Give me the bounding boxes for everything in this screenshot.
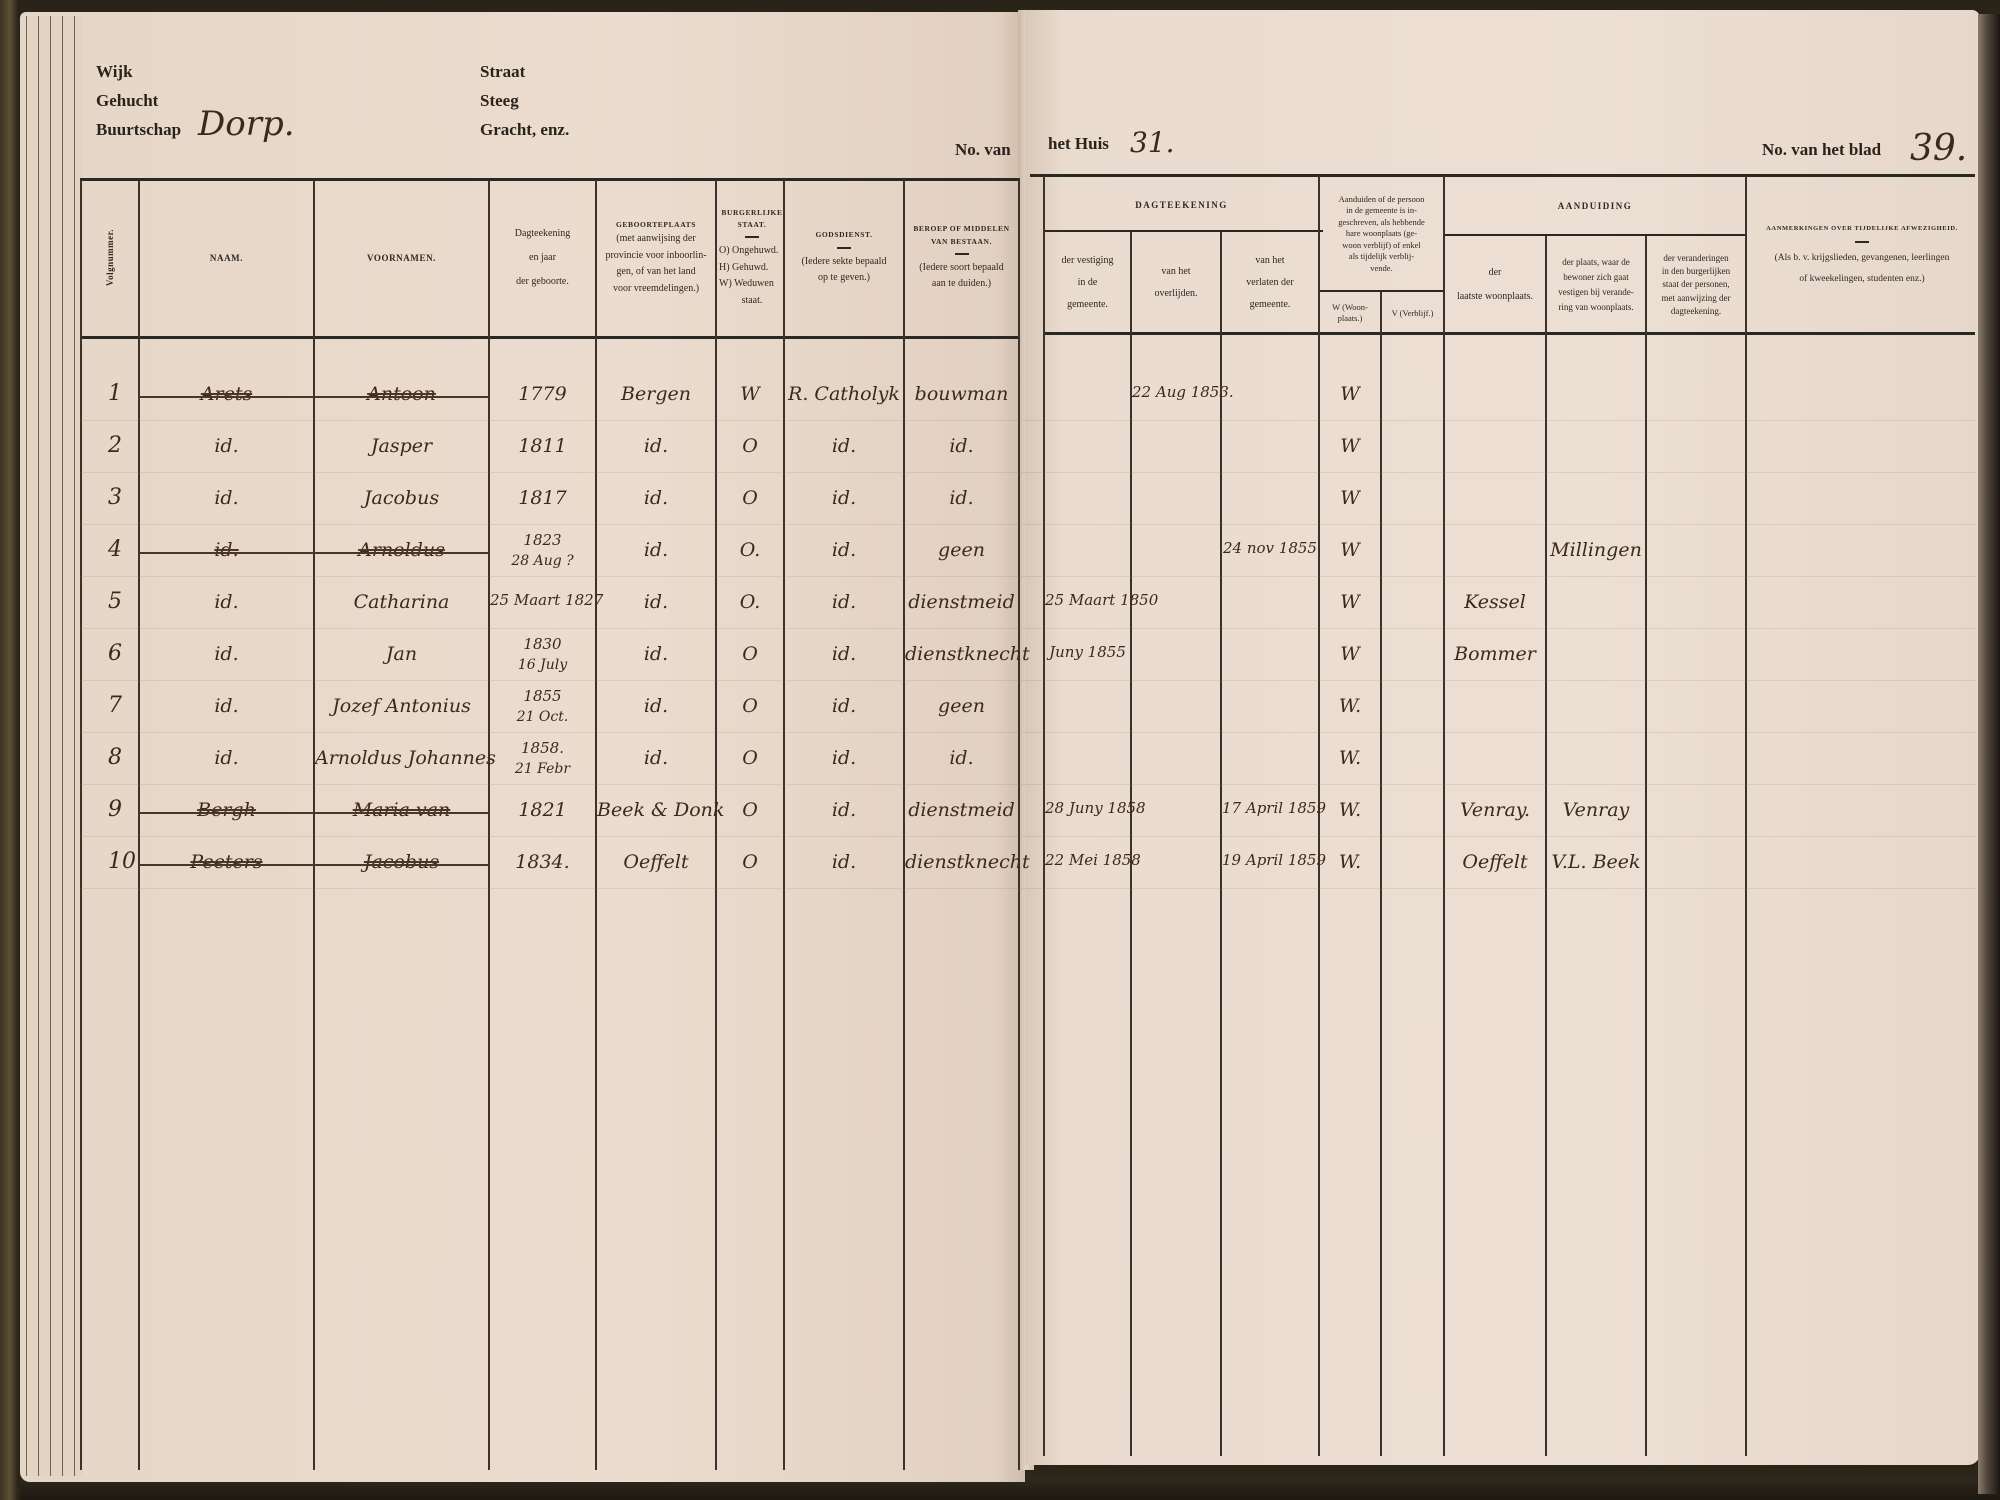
header-nieuwe-plaats: der plaats, waar de bewoner zich gaat ve…	[1547, 238, 1645, 332]
cell-beroep: dienstmeid	[905, 591, 1018, 613]
gehucht-label: Gehucht	[96, 91, 158, 111]
cell-vestiging: 22 Mei 1858	[1045, 851, 1130, 869]
cell-godsdienst: id.	[785, 591, 903, 613]
row-number: 1	[108, 381, 122, 406]
cell-w: W	[1320, 435, 1380, 457]
cell-naam: id.	[140, 695, 313, 717]
ruling-line	[80, 420, 1975, 421]
cell-geboorte: 1830	[490, 635, 595, 653]
gracht-label: Gracht, enz.	[480, 120, 569, 140]
cell-voornamen: Arnoldus Johannes	[315, 747, 488, 769]
cell-staat: O	[717, 851, 783, 873]
cell-geboorte: 1855	[490, 687, 595, 705]
cell-beroep: geen	[905, 695, 1018, 717]
ruling-line	[80, 888, 1975, 889]
cell-w: W	[1320, 487, 1380, 509]
strike-through-line	[140, 396, 488, 398]
cell-naam: Arets	[140, 383, 313, 405]
row-number: 9	[108, 797, 122, 822]
cell-naam: Peeters	[140, 851, 313, 873]
column-line	[715, 180, 717, 1470]
cell-voornamen: Jasper	[315, 435, 488, 457]
cell-geboorteplaats: id.	[597, 487, 715, 509]
row-number: 10	[108, 849, 136, 874]
row-number: 5	[108, 589, 122, 614]
header-laatste-woonplaats: der laatste woonplaats.	[1445, 238, 1545, 332]
cell-naam: id.	[140, 747, 313, 769]
cell-geboorte: 1811	[490, 435, 595, 457]
buurtschap-label: Buurtschap	[96, 120, 181, 140]
column-line	[138, 180, 140, 1470]
header-aanduiding: AANDUIDING	[1445, 180, 1745, 232]
cell-voornamen: Maria van	[315, 799, 488, 821]
column-line	[595, 180, 597, 1470]
cell-vestiging: 25 Maart 1850	[1045, 591, 1130, 609]
cell-laatste: Venray.	[1445, 799, 1545, 821]
cell-staat: O.	[717, 539, 783, 561]
column-line	[488, 180, 490, 1470]
row-number: 6	[108, 641, 122, 666]
cell-beroep: id.	[905, 487, 1018, 509]
cell-staat: O.	[717, 591, 783, 613]
wijk-label: Wijk	[96, 62, 133, 82]
ruling-line	[80, 732, 1975, 733]
header-aanmerkingen: AANMERKINGEN OVER TIJDELIJKE AFWEZIGHEID…	[1747, 180, 1977, 332]
header-vestiging: der vestiging in de gemeente.	[1045, 234, 1130, 332]
header-overlijden: van het overlijden.	[1132, 234, 1220, 332]
cell-geboorteplaats: id.	[597, 695, 715, 717]
ruling-line	[80, 472, 1975, 473]
header-veranderingen: der veranderingen in den burgerlijken st…	[1647, 238, 1745, 332]
column-line	[903, 180, 905, 1470]
cell-staat: O	[717, 487, 783, 509]
cell-geboorte: 1821	[490, 799, 595, 821]
ruling-line	[80, 680, 1975, 681]
aanduiding-subrule	[1443, 234, 1745, 236]
cell-geboorteplaats: Beek & Donk	[597, 799, 715, 821]
cell-geboorte: 1823	[490, 531, 595, 549]
sheet-number-value: 39.	[1910, 128, 1967, 169]
cell-w: W	[1320, 591, 1380, 613]
ruling-line	[80, 784, 1975, 785]
header-top-rule-left	[80, 178, 1020, 181]
cell-plaats: V.L. Beek	[1547, 851, 1645, 873]
column-line	[1745, 176, 1747, 1456]
column-line	[1018, 180, 1020, 1470]
cell-vestiging: Juny 1855	[1045, 643, 1130, 661]
cell-beroep: id.	[905, 435, 1018, 457]
cell-godsdienst: id.	[785, 435, 903, 457]
cell-geboorte-date: 28 Aug ?	[490, 553, 595, 569]
cell-beroep: id.	[905, 747, 1018, 769]
steeg-label: Steeg	[480, 91, 519, 111]
ruling-line	[80, 836, 1975, 837]
cell-laatste: Bommer	[1445, 643, 1545, 665]
cell-geboorteplaats: id.	[597, 539, 715, 561]
cell-beroep: geen	[905, 539, 1018, 561]
header-burgerlijke-staat: BURGERLIJKE STAAT. O) Ongehuwd. H) Gehuw…	[717, 182, 785, 334]
cell-naam: id.	[140, 643, 313, 665]
row-number: 2	[108, 433, 122, 458]
cell-plaats: Venray	[1547, 799, 1645, 821]
cell-geboorte: 1858.	[490, 739, 595, 757]
header-woonplaats-w: W (Woon- plaats.)	[1320, 293, 1380, 333]
cell-geboorte: 25 Maart 1827	[490, 591, 595, 609]
house-number-label-left: No. van	[955, 140, 1011, 160]
header-volgnummer: Volgnummer.	[82, 182, 138, 334]
column-line	[1380, 292, 1382, 1456]
row-number: 7	[108, 693, 122, 718]
cell-laatste: Oeffelt	[1445, 851, 1545, 873]
sheet-number-label: No. van het blad	[1762, 140, 1881, 160]
cell-naam: id.	[140, 591, 313, 613]
cell-voornamen: Jacobus	[315, 487, 488, 509]
buurtschap-value: Dorp.	[198, 104, 295, 144]
cell-staat: O	[717, 747, 783, 769]
cell-beroep: dienstknecht	[905, 851, 1018, 873]
header-bottom-rule-right	[1043, 332, 1975, 335]
cell-staat: W	[717, 383, 783, 405]
cell-naam: id.	[140, 539, 313, 561]
house-number-label-right: het Huis	[1048, 134, 1109, 154]
cell-geboorteplaats: id.	[597, 435, 715, 457]
strike-through-line	[140, 812, 488, 814]
cell-voornamen: Arnoldus	[315, 539, 488, 561]
cell-verlaten: 17 April 1859	[1222, 799, 1318, 817]
cell-staat: O	[717, 435, 783, 457]
header-geboorte-datum: Dagteekening en jaar der geboorte.	[490, 182, 595, 334]
cell-geboorte-date: 16 July	[490, 657, 595, 673]
header-voornamen: VOORNAMEN.	[315, 182, 488, 334]
ruling-line	[80, 576, 1975, 577]
column-line	[1545, 236, 1547, 1456]
header-top-rule-right	[1030, 174, 1975, 177]
column-line	[1645, 236, 1647, 1456]
cell-w: W	[1320, 643, 1380, 665]
cell-voornamen: Jacobus	[315, 851, 488, 873]
header-verblijf-v: V (Verblijf.)	[1382, 293, 1443, 333]
cell-voornamen: Jozef Antonius	[315, 695, 488, 717]
cell-w: W	[1320, 539, 1380, 561]
cell-geboorte-date: 21 Febr	[490, 761, 595, 777]
header-beroep: BEROEP OF MIDDELEN VAN BESTAAN. (Iedere …	[905, 182, 1018, 334]
cell-geboorte-date: 21 Oct.	[490, 709, 595, 725]
strike-through-line	[140, 864, 488, 866]
row-number: 4	[108, 537, 122, 562]
cell-godsdienst: R. Catholyk	[785, 383, 903, 405]
cell-verlaten: 24 nov 1855	[1222, 539, 1318, 557]
cell-godsdienst: id.	[785, 539, 903, 561]
cell-beroep: dienstmeid	[905, 799, 1018, 821]
ruling-line	[80, 628, 1975, 629]
cell-naam: id.	[140, 487, 313, 509]
header-inschrijving: Aanduiden of de persoon in de gemeente i…	[1320, 180, 1443, 288]
cell-godsdienst: id.	[785, 799, 903, 821]
cell-voornamen: Catharina	[315, 591, 488, 613]
column-line	[783, 180, 785, 1470]
cell-geboorteplaats: id.	[597, 591, 715, 613]
cell-w: W.	[1320, 747, 1380, 769]
cell-geboorteplaats: id.	[597, 643, 715, 665]
cell-w: W.	[1320, 851, 1380, 873]
cell-staat: O	[717, 695, 783, 717]
cell-voornamen: Antoon	[315, 383, 488, 405]
cell-staat: O	[717, 643, 783, 665]
cell-laatste: Kessel	[1445, 591, 1545, 613]
cell-godsdienst: id.	[785, 487, 903, 509]
cell-geboorteplaats: Bergen	[597, 383, 715, 405]
header-godsdienst: GODSDIENST. (Iedere sekte bepaald op te …	[785, 182, 903, 334]
cell-geboorte: 1779	[490, 383, 595, 405]
stacked-page-edges	[26, 16, 82, 1476]
cell-vestiging: 28 Juny 1858	[1045, 799, 1130, 817]
cell-w: W.	[1320, 799, 1380, 821]
row-number: 8	[108, 745, 122, 770]
column-line	[1220, 232, 1222, 1456]
column-line	[80, 180, 82, 1470]
cell-beroep: bouwman	[905, 383, 1018, 405]
cell-godsdienst: id.	[785, 643, 903, 665]
cell-plaats: Millingen	[1547, 539, 1645, 561]
header-naam: NAAM.	[140, 182, 313, 334]
header-verlaten: van het verlaten der gemeente.	[1222, 234, 1318, 332]
header-geboorteplaats: GEBOORTEPLAATS (met aanwijsing der provi…	[597, 182, 715, 334]
dagteekening-subrule	[1043, 230, 1323, 232]
cell-geboorteplaats: id.	[597, 747, 715, 769]
cell-overlijden: 22 Aug 1853.	[1132, 383, 1220, 401]
cell-voornamen: Jan	[315, 643, 488, 665]
cell-geboorte: 1834.	[490, 851, 595, 873]
strike-through-line	[140, 552, 488, 554]
ruling-line	[80, 524, 1975, 525]
header-bottom-rule-left	[80, 336, 1020, 339]
cell-beroep: dienstknecht	[905, 643, 1018, 665]
house-number-value: 31.	[1130, 126, 1175, 159]
cell-naam: id.	[140, 435, 313, 457]
cell-godsdienst: id.	[785, 747, 903, 769]
cell-geboorteplaats: Oeffelt	[597, 851, 715, 873]
cell-verlaten: 19 April 1859	[1222, 851, 1318, 869]
cell-godsdienst: id.	[785, 695, 903, 717]
right-page-edge	[1978, 14, 2000, 1494]
column-line	[1130, 232, 1132, 1456]
cell-geboorte: 1817	[490, 487, 595, 509]
cell-godsdienst: id.	[785, 851, 903, 873]
cell-naam: Bergh	[140, 799, 313, 821]
cell-w: W	[1320, 383, 1380, 405]
column-line	[313, 180, 315, 1470]
straat-label: Straat	[480, 62, 525, 82]
row-number: 3	[108, 485, 122, 510]
cell-w: W.	[1320, 695, 1380, 717]
cell-staat: O	[717, 799, 783, 821]
header-dagteekening: DAGTEEKENING	[1045, 180, 1318, 230]
